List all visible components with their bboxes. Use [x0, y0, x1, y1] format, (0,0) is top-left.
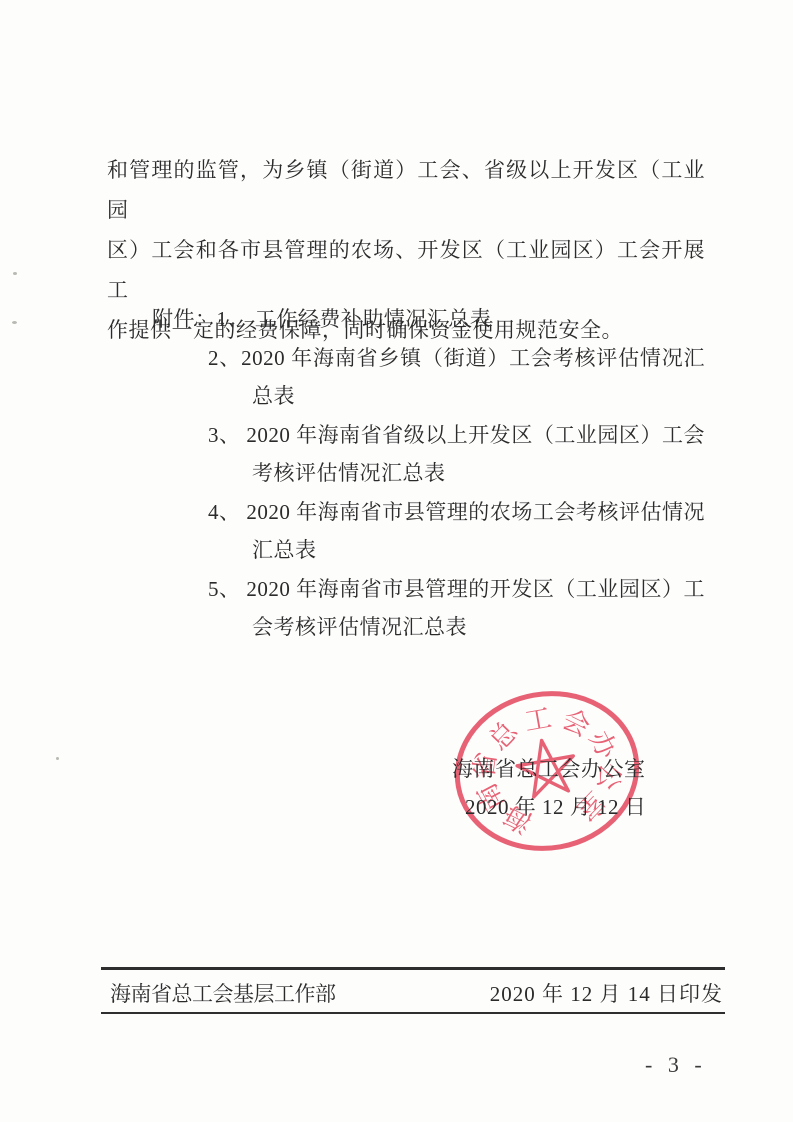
- attachment-line: 汇总表: [0, 531, 793, 570]
- attachment-line: 会考核评估情况汇总表: [0, 608, 793, 647]
- attachment-line: 2、2020 年海南省乡镇（街道）工会考核评估情况汇: [208, 339, 705, 378]
- attachment-line: 4、 2020 年海南省市县管理的农场工会考核评估情况: [208, 493, 705, 532]
- footer-rule-top: [101, 967, 725, 970]
- attachment-list: 附件：1、 工作经费补助情况汇总表 2、2020 年海南省乡镇（街道）工会考核评…: [0, 300, 793, 647]
- paragraph-line: 和管理的监管，为乡镇（街道）工会、省级以上开发区（工业园: [107, 150, 705, 230]
- attachment-line: 5、 2020 年海南省市县管理的开发区（工业园区）工: [208, 570, 705, 609]
- issuing-department: 海南省总工会基层工作部: [110, 978, 336, 1008]
- print-date: 2020 年 12 月 14 日印发: [490, 978, 723, 1008]
- signature-date: 2020 年 12 月 12 日: [465, 791, 646, 821]
- attachment-line: 3、 2020 年海南省省级以上开发区（工业园区）工会: [208, 416, 705, 455]
- seal-ring-char: 总: [483, 715, 524, 756]
- attachment-line: 总表: [0, 377, 793, 416]
- paragraph-line: 区）工会和各市县管理的农场、开发区（工业园区）工会开展工: [107, 230, 705, 310]
- seal-ring-char: 工: [522, 703, 554, 737]
- page-number: - 3 -: [645, 1052, 707, 1078]
- document-page: 和管理的监管，为乡镇（街道）工会、省级以上开发区（工业园 区）工会和各市县管理的…: [0, 0, 793, 1122]
- scan-speck: [12, 321, 17, 324]
- scan-speck: [13, 272, 17, 275]
- signature-org: 海南省总工会办公室: [452, 753, 646, 783]
- scan-speck: [56, 757, 59, 760]
- attachment-line: 附件：1、 工作经费补助情况汇总表: [0, 300, 793, 339]
- attachment-line: 考核评估情况汇总表: [0, 454, 793, 493]
- footer-rule-bottom: [101, 1012, 725, 1014]
